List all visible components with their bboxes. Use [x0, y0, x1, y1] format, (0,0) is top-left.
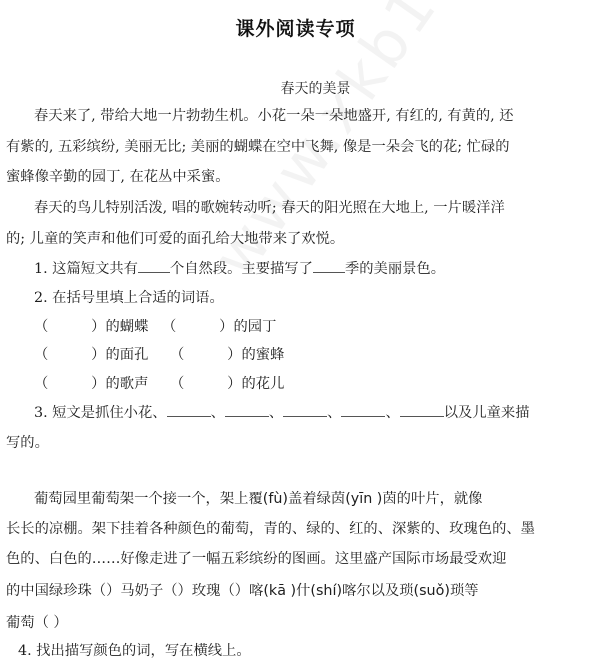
passage-line: 有紫的, 五彩缤纷, 美丽无比; 美丽的蝴蝶在空中飞舞, 像是一朵会飞的花; 忙… — [6, 136, 510, 156]
question-3-cont: 写的。 — [6, 432, 49, 452]
separator: 、 — [269, 405, 283, 421]
passage2-line: 色的、白色的……好像走进了一幅五彩缤纷的图画。这里盛产国际市场最受欢迎 — [6, 548, 506, 568]
question-text: 1. 这篇短文共有 — [34, 261, 138, 277]
question-2-prompt: 2. 在括号里填上合适的词语。 — [34, 287, 224, 307]
worksheet-page: www.xkb1.com 课外阅读专项 春天的美景 春天来了, 带给大地一片勃勃… — [0, 0, 591, 663]
answer-blank[interactable] — [225, 415, 269, 417]
fill-row: （ ）的蝴蝶（ ）的园丁 — [34, 316, 276, 336]
question-text: 以及儿童来描 — [444, 405, 530, 421]
pinyin: (shí) — [310, 583, 342, 599]
answer-blank[interactable] — [313, 271, 345, 273]
fill-in-item[interactable]: （ ）的花儿 — [170, 373, 284, 393]
passage2-line: 长长的凉棚。架下挂着各种颜色的葡萄，青的、绿的、红的、深紫的、玫瑰色的、墨 — [6, 518, 535, 538]
answer-blank[interactable] — [400, 415, 444, 417]
pinyin: (kā ) — [263, 583, 296, 599]
separator: 、 — [327, 405, 341, 421]
text: 喀尔以及琐 — [342, 583, 413, 599]
text: 葡萄园里葡萄架一个接一个，架上覆 — [34, 491, 263, 507]
fill-in-item[interactable]: （ ）的面孔 — [34, 344, 170, 364]
question-4: 4. 找出描写颜色的词，写在横线上。 — [18, 640, 251, 660]
pinyin: (fù) — [263, 491, 288, 507]
answer-blank[interactable] — [283, 415, 327, 417]
passage-line: 的; 儿童的笑声和他们可爱的面孔给大地带来了欢悦。 — [6, 228, 344, 248]
fill-in-item[interactable]: （ ）的歌声 — [34, 373, 170, 393]
question-1: 1. 这篇短文共有个自然段。主要描写了季的美丽景色。 — [34, 258, 445, 278]
separator: 、 — [211, 405, 225, 421]
answer-blank[interactable] — [341, 415, 385, 417]
text: 琐等 — [450, 583, 479, 599]
passage2-line: 的中国绿珍珠（）马奶子（）玫瑰（）喀(kā )什(shí)喀尔以及琐(suǒ)琐… — [6, 580, 479, 600]
text: 茵的叶片，就像 — [382, 491, 482, 507]
text: 的中国绿珍珠（）马奶子（）玫瑰（）喀 — [6, 583, 263, 599]
answer-blank[interactable] — [138, 271, 170, 273]
text: 盖着绿茵 — [288, 491, 345, 507]
fill-row: （ ）的歌声（ ）的花儿 — [34, 373, 284, 393]
passage2-line: 葡萄园里葡萄架一个接一个，架上覆(fù)盖着绿茵(yīn )茵的叶片，就像 — [34, 488, 482, 508]
text: 什 — [296, 583, 310, 599]
question-text: 个自然段。主要描写了 — [170, 261, 313, 277]
passage2-line: 葡萄（ ） — [6, 612, 68, 632]
pinyin: (yīn ) — [345, 491, 382, 507]
page-title: 课外阅读专项 — [0, 14, 591, 41]
separator: 、 — [385, 405, 399, 421]
question-text: 季的美丽景色。 — [345, 261, 445, 277]
passage-line: 春天来了, 带给大地一片勃勃生机。小花一朵一朵地盛开, 有红的, 有黄的, 还 — [34, 105, 514, 125]
fill-in-item[interactable]: （ ）的蜜蜂 — [170, 344, 284, 364]
question-text: 3. 短文是抓住小花、 — [34, 405, 167, 421]
answer-blank[interactable] — [167, 415, 211, 417]
pinyin: (suǒ) — [414, 583, 450, 599]
fill-in-item[interactable]: （ ）的蝴蝶 — [34, 316, 162, 336]
fill-in-item[interactable]: （ ）的园丁 — [162, 316, 276, 336]
passage-line: 春天的鸟儿特别活泼, 唱的歌婉转动听; 春天的阳光照在大地上, 一片暖洋洋 — [34, 197, 505, 217]
passage-line: 蜜蜂像辛勤的园丁, 在花丛中采蜜。 — [6, 166, 230, 186]
question-3: 3. 短文是抓住小花、、、、、以及儿童来描 — [34, 402, 530, 422]
fill-row: （ ）的面孔（ ）的蜜蜂 — [34, 344, 284, 364]
passage-title: 春天的美景 — [0, 78, 591, 98]
